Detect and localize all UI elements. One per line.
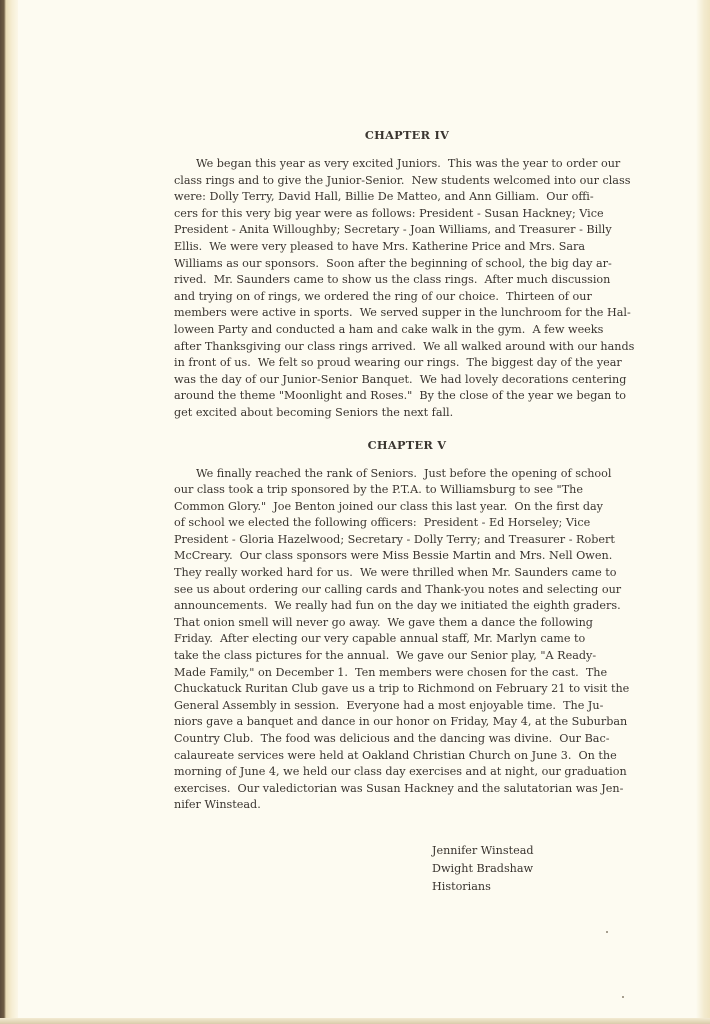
text-line: exercises. Our valedictorian was Susan H…	[174, 781, 634, 798]
text-line: in front of us. We felt so proud wearing…	[174, 355, 634, 372]
page-right-edge	[696, 0, 710, 1024]
text-line: Made Family," on December 1. Ten members…	[174, 665, 634, 682]
text-line: McCreary. Our class sponsors were Miss B…	[174, 548, 634, 565]
text-line: niors gave a banquet and dance in our ho…	[174, 714, 634, 731]
text-line: President - Gloria Hazelwood; Secretary …	[174, 532, 634, 549]
text-line: our class took a trip sponsored by the P…	[174, 482, 634, 499]
text-line: members were active in sports. We served…	[174, 305, 634, 322]
page-bottom-edge	[0, 1018, 710, 1024]
text-line: That onion smell will never go away. We …	[174, 615, 634, 632]
text-line: announcements. We really had fun on the …	[174, 598, 634, 615]
signature-block: Jennifer Winstead Dwight Bradshaw Histor…	[432, 842, 534, 896]
text-line: was the day of our Junior-Senior Banquet…	[174, 372, 634, 389]
text-line: were: Dolly Terry, David Hall, Billie De…	[174, 189, 634, 206]
text-line: General Assembly in session. Everyone ha…	[174, 698, 634, 715]
text-line: rived. Mr. Saunders came to show us the …	[174, 272, 634, 289]
text-line: Common Glory." Joe Benton joined our cla…	[174, 499, 634, 516]
text-line: morning of June 4, we held our class day…	[174, 764, 634, 781]
paper-speck	[622, 996, 624, 998]
paper-speck	[606, 931, 608, 933]
text-line: after Thanksgiving our class rings arriv…	[174, 339, 634, 356]
book-spine-edge	[0, 0, 18, 1024]
text-line: Country Club. The food was delicious and…	[174, 731, 634, 748]
text-line: of school we elected the following offic…	[174, 515, 634, 532]
text-line: Friday. After electing our very capable …	[174, 631, 634, 648]
text-line: Williams as our sponsors. Soon after the…	[174, 256, 634, 273]
signature-name: Jennifer Winstead	[432, 842, 534, 860]
text-line: see us about ordering our calling cards …	[174, 582, 634, 599]
text-line: We finally reached the rank of Seniors. …	[174, 466, 634, 483]
chapter-v-title: CHAPTER V	[174, 438, 634, 452]
page-body: CHAPTER IV We began this year as very ex…	[174, 128, 634, 814]
text-line: around the theme "Moonlight and Roses." …	[174, 388, 634, 405]
text-line: Chuckatuck Ruritan Club gave us a trip t…	[174, 681, 634, 698]
text-line: and trying on of rings, we ordered the r…	[174, 289, 634, 306]
chapter-iv-title: CHAPTER IV	[174, 128, 634, 142]
signature-role: Historians	[432, 878, 534, 896]
text-line: We began this year as very excited Junio…	[174, 156, 634, 173]
text-line: class rings and to give the Junior-Senio…	[174, 173, 634, 190]
chapter-v-paragraph: We finally reached the rank of Seniors. …	[174, 466, 634, 814]
text-line: take the class pictures for the annual. …	[174, 648, 634, 665]
text-line: nifer Winstead.	[174, 797, 634, 814]
text-line: President - Anita Willoughby; Secretary …	[174, 222, 634, 239]
text-line: loween Party and conducted a ham and cak…	[174, 322, 634, 339]
text-line: get excited about becoming Seniors the n…	[174, 405, 634, 422]
text-line: Ellis. We were very pleased to have Mrs.…	[174, 239, 634, 256]
text-line: calaureate services were held at Oakland…	[174, 748, 634, 765]
signature-name: Dwight Bradshaw	[432, 860, 534, 878]
text-line: They really worked hard for us. We were …	[174, 565, 634, 582]
text-line: cers for this very big year were as foll…	[174, 206, 634, 223]
chapter-iv-paragraph: We began this year as very excited Junio…	[174, 156, 634, 422]
